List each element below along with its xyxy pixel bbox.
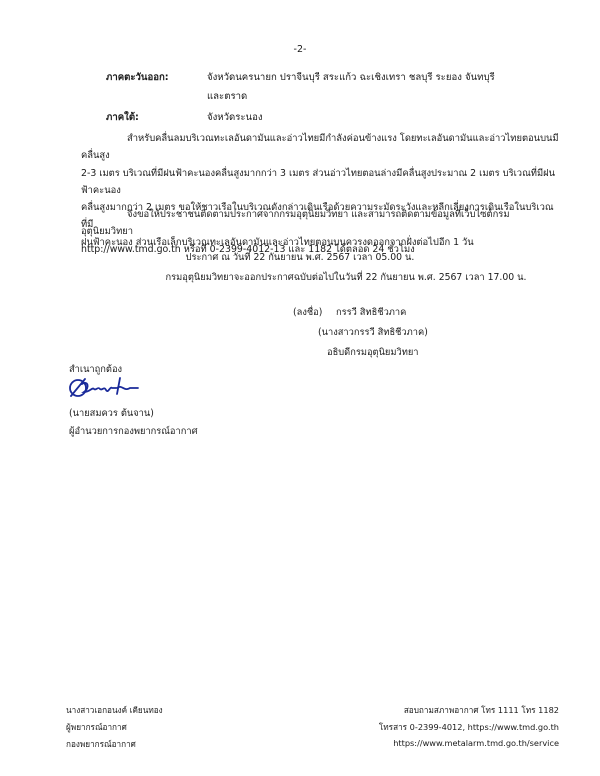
footer-left-line3: กองพยากรณ์อากาศ — [66, 738, 136, 751]
footer-right-service-link[interactable]: https://www.metalarm.tmd.go.th/service — [393, 738, 559, 748]
para1-line2: 2-3 เมตร บริเวณที่มีฝนฟ้าคะนองคลื่นสูงมา… — [81, 165, 559, 200]
footer-left-line1: นางสาวเอกอนงค์ เคียนทอง — [66, 704, 163, 717]
footer-right-phone: สอบถามสภาพอากาศ โทร 1111 โทร 1182 — [404, 704, 559, 717]
signed-prefix: (ลงชื่อ) — [293, 305, 322, 320]
region-east-line2: และตราด — [207, 89, 247, 104]
para2-line1: จึงขอให้ประชาชนติดตามประกาศจากกรมอุตุนิย… — [81, 209, 510, 237]
signatory-full-name: (นางสาวกรรวี สิทธิชีวภาค) — [318, 325, 428, 340]
certifier-position: ผู้อำนวยการกองพยากรณ์อากาศ — [69, 424, 197, 439]
certifier-name: (นายสมควร ต้นจาน) — [69, 406, 154, 421]
announcement-issued: ประกาศ ณ วันที่ 22 กันยายน พ.ศ. 2567 เวล… — [0, 250, 600, 265]
page-number: -2- — [0, 44, 600, 55]
region-south-line1: จังหวัดระนอง — [207, 110, 263, 125]
region-east-line1: จังหวัดนครนายก ปราจีนบุรี สระแก้ว ฉะเชิง… — [207, 70, 495, 85]
region-label-south: ภาคใต้: — [106, 110, 139, 125]
footer-left-line2: ผู้พยากรณ์อากาศ — [66, 721, 127, 734]
signature-icon — [68, 374, 140, 400]
region-label-east: ภาคตะวันออก: — [106, 70, 169, 85]
footer-right-fax-link[interactable]: โทรสาร 0-2399-4012, https://www.tmd.go.t… — [379, 721, 559, 734]
signatory-position: อธิบดีกรมอุตุนิยมวิทยา — [327, 345, 419, 360]
announcement-next: กรมอุตุนิยมวิทยาจะออกประกาศฉบับต่อไปในวั… — [46, 270, 600, 285]
para1-line1: สำหรับคลื่นลมบริเวณทะเลอันดามันและอ่าวไท… — [81, 133, 559, 161]
signed-name: กรรวี สิทธิชีวภาค — [336, 305, 406, 320]
